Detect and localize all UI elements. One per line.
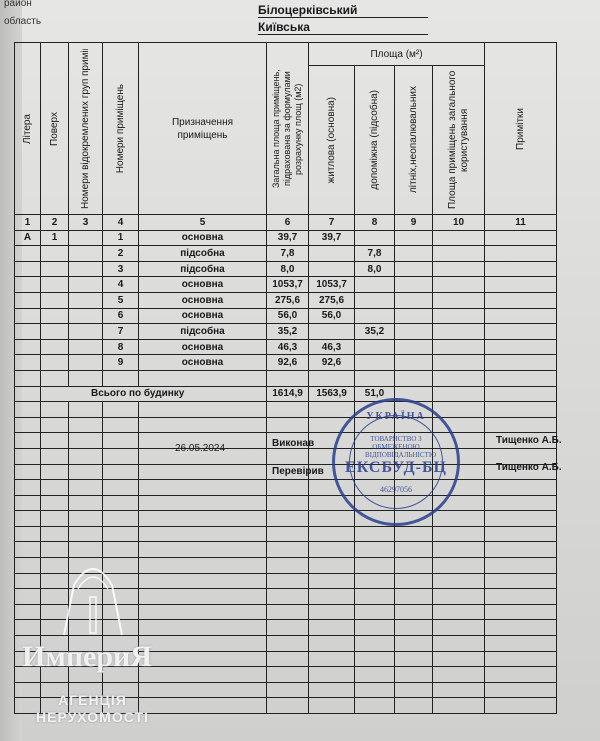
checked-label: Перевірив [272,466,324,477]
cell-living [309,324,355,340]
col-header-notes: Примітки [485,43,557,215]
cell-common [433,292,485,308]
col-header-room: Номери приміщень [103,43,139,215]
cell-purpose: основна [139,230,267,246]
col-header-floor: Поверх [41,43,69,215]
cell-total: 56,0 [267,308,309,324]
area-group-header: Площа (м²) [309,43,485,66]
column-number: 1 [15,215,41,231]
total-area: 1614,9 [267,386,309,402]
table-row: 5основна275,6275,6 [15,292,557,308]
cell-purpose: основна [139,339,267,355]
column-number: 5 [139,215,267,231]
cell-living: 56,0 [309,308,355,324]
cell-room: 9 [103,355,139,371]
cell-total: 1053,7 [267,277,309,293]
table-row: 8основна46,346,3 [15,339,557,355]
col-header-living: житлова (основна) [309,66,355,215]
cell-aux [355,292,395,308]
cell-litera [15,277,41,293]
cell-common [433,277,485,293]
signature-date: 26.05.2024 [175,443,225,454]
cell-aux [355,339,395,355]
cell-group [69,230,103,246]
cell-summer [395,324,433,340]
column-numbers-row: 1234567891011 [15,215,557,231]
table-row: 2підсобна7,87,8 [15,246,557,262]
cell-floor [41,292,69,308]
cell-aux: 7,8 [355,246,395,262]
cell-room: 4 [103,277,139,293]
cell-aux [355,355,395,371]
cell-room: 6 [103,308,139,324]
cell-purpose: основна [139,308,267,324]
cell-litera [15,339,41,355]
watermark-arch-icon [58,555,128,645]
table-row-empty [15,511,557,527]
cell-notes [485,339,557,355]
cell-total: 275,6 [267,292,309,308]
col-header-group: Номери відокремлених груп приміщень [69,43,103,215]
column-number: 4 [103,215,139,231]
cell-summer [395,355,433,371]
cell-notes [485,277,557,293]
cell-room: 2 [103,246,139,262]
cell-summer [395,230,433,246]
cell-notes [485,324,557,340]
cell-purpose: підсобна [139,324,267,340]
cell-group [69,355,103,371]
cell-purpose: основна [139,292,267,308]
column-number: 9 [395,215,433,231]
col-header-summer: літніх,неопалювальних [395,66,433,215]
cell-common [433,355,485,371]
cell-litera [15,308,41,324]
cell-floor [41,246,69,262]
table-row-empty [15,370,557,386]
column-number: 3 [69,215,103,231]
cell-living: 1053,7 [309,277,355,293]
cell-total: 46,3 [267,339,309,355]
cell-summer [395,261,433,277]
cell-total: 35,2 [267,324,309,340]
cell-purpose: основна [139,277,267,293]
cell-litera [15,324,41,340]
total-living: 1563,9 [309,386,355,402]
cell-notes [485,308,557,324]
col-header-aux: допоміжна (підсобна) [355,66,395,215]
district-value: Білоцерківський [258,3,428,18]
cell-summer [395,246,433,262]
cell-room: 1 [103,230,139,246]
cell-summer [395,292,433,308]
cell-group [69,277,103,293]
col-header-common: Площа приміщень загального користування [433,66,485,215]
cell-room: 8 [103,339,139,355]
cell-notes [485,292,557,308]
column-number: 2 [41,215,69,231]
district-label: район [4,0,32,9]
table-row-empty [15,402,557,418]
checked-name: Тищенко А.Б. [496,462,562,473]
column-number: 11 [485,215,557,231]
table-row: А11основна39,739,7 [15,230,557,246]
cell-floor [41,355,69,371]
cell-purpose: основна [139,355,267,371]
official-stamp: УКРАЇНА ТОВАРИСТВО З ОБМЕЖЕНОЮ ВІДПОВІДА… [332,398,460,526]
table-row-empty [15,480,557,496]
total-label: Всього по будинку [41,386,267,402]
cell-common [433,324,485,340]
cell-notes [485,355,557,371]
cell-common [433,339,485,355]
cell-summer [395,308,433,324]
cell-litera [15,292,41,308]
cell-aux: 8,0 [355,261,395,277]
cell-notes [485,246,557,262]
col-header-litera: Літера [15,43,41,215]
column-number: 8 [355,215,395,231]
cell-group [69,292,103,308]
cell-group [69,324,103,340]
cell-floor: 1 [41,230,69,246]
table-row-empty [15,417,557,433]
cell-group [69,261,103,277]
cell-total: 7,8 [267,246,309,262]
col-header-purpose: Призначення приміщень [139,43,267,215]
table-row-empty [15,448,557,464]
table-row-empty [15,495,557,511]
cell-living [309,246,355,262]
performed-label: Виконав [272,438,314,449]
cell-litera [15,355,41,371]
cell-aux: 35,2 [355,324,395,340]
cell-living [309,261,355,277]
column-number: 10 [433,215,485,231]
table-row: 4основна1053,71053,7 [15,277,557,293]
cell-floor [41,324,69,340]
column-number: 6 [267,215,309,231]
watermark-subtitle: АГЕНЦІЯ НЕРУХОМОСТІ [36,692,149,726]
cell-floor [41,339,69,355]
cell-aux [355,308,395,324]
cell-total: 92,6 [267,355,309,371]
cell-common [433,261,485,277]
table-row: 6основна56,056,0 [15,308,557,324]
cell-total: 8,0 [267,261,309,277]
cell-purpose: підсобна [139,261,267,277]
region-label: область [4,16,41,27]
cell-group [69,246,103,262]
total-row: Всього по будинку1614,91563,951,0 [15,386,557,402]
column-number: 7 [309,215,355,231]
cell-summer [395,277,433,293]
cell-room: 5 [103,292,139,308]
cell-common [433,308,485,324]
cell-living: 275,6 [309,292,355,308]
cell-common [433,246,485,262]
cell-summer [395,339,433,355]
cell-aux [355,277,395,293]
cell-notes [485,261,557,277]
performed-name: Тищенко А.Б. [496,435,562,446]
cell-floor [41,261,69,277]
cell-floor [41,308,69,324]
cell-floor [41,277,69,293]
cell-group [69,308,103,324]
cell-litera: А [15,230,41,246]
cell-common [433,230,485,246]
cell-notes [485,230,557,246]
cell-room: 3 [103,261,139,277]
cell-litera [15,246,41,262]
cell-aux [355,230,395,246]
cell-room: 7 [103,324,139,340]
cell-living: 92,6 [309,355,355,371]
cell-total: 39,7 [267,230,309,246]
cell-living: 46,3 [309,339,355,355]
col-header-total: Загальна площа приміщень, підрахована за… [267,43,309,215]
region-value: Київська [258,20,428,35]
cell-group [69,339,103,355]
cell-purpose: підсобна [139,246,267,262]
table-row: 7підсобна35,235,2 [15,324,557,340]
table-row-empty [15,526,557,542]
table-row: 9основна92,692,6 [15,355,557,371]
cell-litera [15,261,41,277]
table-row: 3підсобна8,08,0 [15,261,557,277]
cell-living: 39,7 [309,230,355,246]
watermark-brand: ИмпериЯ [22,640,152,674]
